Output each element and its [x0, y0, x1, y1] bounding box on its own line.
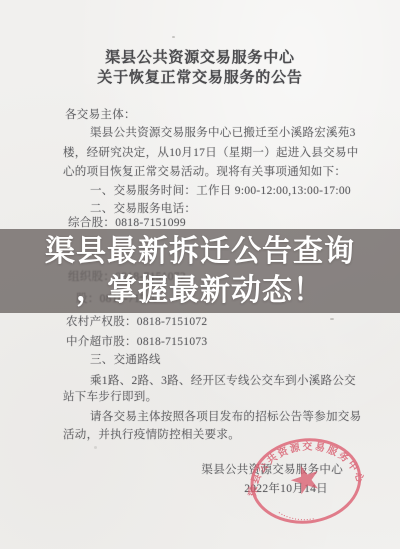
closing-line1: 请各交易主体按照各项目发布的招标公告等参加交易	[90, 410, 361, 424]
paragraph1-line2: 楼，经研究决定，从10月17日（星期一）起进入县交易中	[63, 146, 359, 160]
route-line1: 乘1路、2路、3路、经开区专线公交车到小溪路公交	[90, 374, 356, 388]
paper-speck	[330, 318, 334, 320]
notice-title-line2: 关于恢复正常交易服务的公告	[0, 66, 400, 87]
phone-general-section: 综合股：0818-7151099	[68, 216, 186, 230]
notice-photo: 渠县公共资源交易服务中心 关于恢复正常交易服务的公告 各交易主体： 渠县公共资源…	[0, 0, 400, 549]
star-icon	[287, 461, 323, 496]
item-traffic-route: 三、交通路线	[90, 353, 161, 367]
item-service-time: 一、交易服务时间：工作日 9:00-12:00,13:00-17:00	[90, 184, 351, 198]
salutation: 各交易主体：	[65, 108, 136, 122]
notice-title-line1: 渠县公共资源交易服务中心	[0, 46, 400, 67]
paragraph1-line3: 心的项目恢复正常交易活动。现将有关事项通知如下：	[63, 165, 346, 179]
seal-serial: • • • • • • • • • • • • •	[276, 507, 315, 527]
headline-line2: ，掌握最新动态！	[76, 271, 324, 310]
paper-speck	[172, 36, 175, 38]
item-service-phone: 二、交易服务电话：	[90, 202, 196, 216]
route-line2: 站下车步行即到。	[63, 390, 157, 404]
official-seal: 渠县公共资源交易服务中心 • • • • • • • • • • • • •	[232, 422, 380, 542]
phone-agency-market: 中介超市股：0818-7151073	[66, 335, 207, 349]
paper-speck	[94, 446, 97, 449]
closing-line2: 活动，并执行疫情防控相关要求。	[63, 428, 240, 442]
headline-banner: 渠县最新拆迁公告查询 ，掌握最新动态！	[0, 229, 400, 313]
phone-rural-property: 农村产权股：0818-7151072	[66, 315, 207, 329]
headline-line1: 渠县最新拆迁公告查询	[45, 232, 355, 271]
paragraph1-line1: 渠县公共资源交易服务中心已搬迁至小溪路宏溪苑3	[90, 126, 356, 140]
